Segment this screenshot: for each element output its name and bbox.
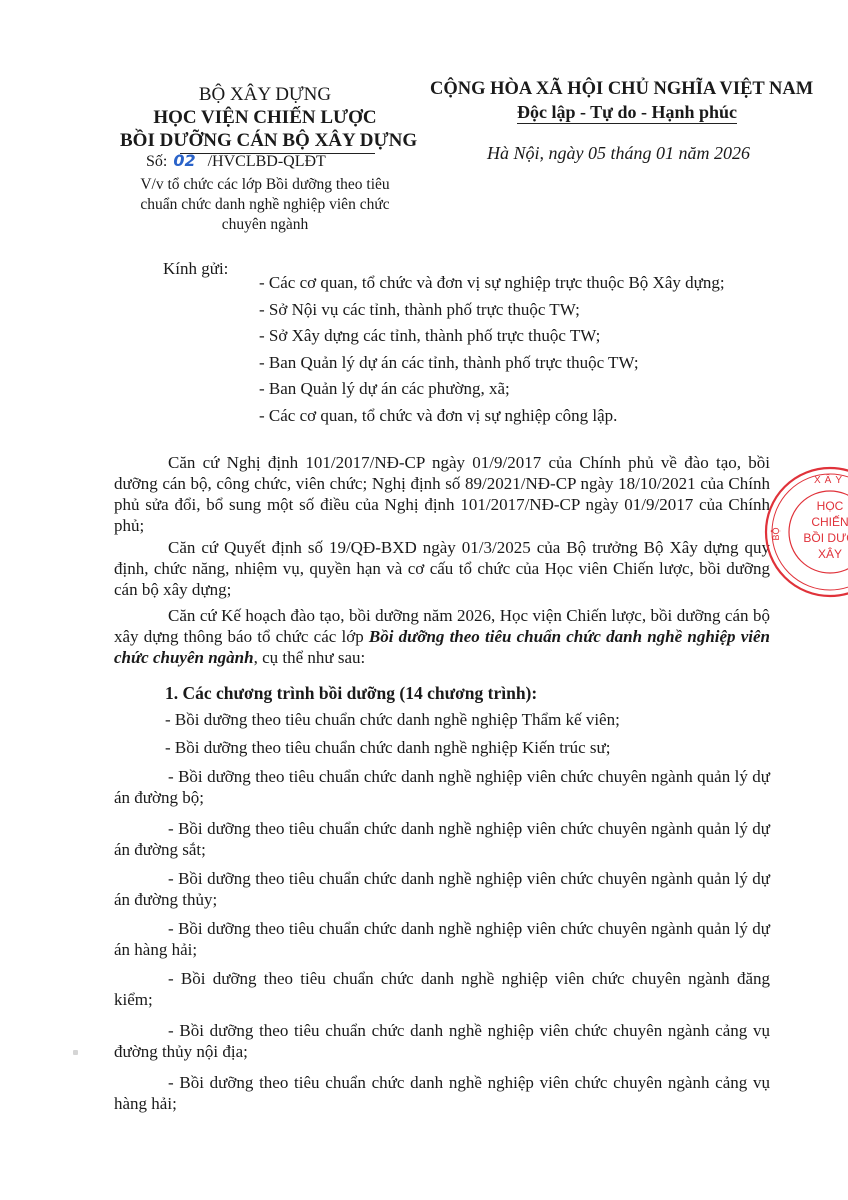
number-suffix: /HVCLBD-QLĐT [208, 153, 326, 170]
institute-name-line2: BỒI DƯỠNG CÁN BỘ XÂY DỰNG [120, 129, 417, 152]
svg-text:CHIẾN: CHIẾN [811, 514, 848, 529]
legal-basis-3: Căn cứ Kế hoạch đào tạo, bồi dưỡng năm 2… [114, 605, 770, 668]
institute-name-line1: HỌC VIỆN CHIẾN LƯỢC [120, 106, 410, 129]
program-item: - Bồi dưỡng theo tiêu chuẩn chức danh ng… [165, 710, 620, 730]
program-item: - Bồi dưỡng theo tiêu chuẩn chức danh ng… [114, 818, 770, 860]
recipient-item: - Các cơ quan, tổ chức và đơn vị sự nghi… [259, 403, 725, 430]
svg-text:XÂY: XÂY [814, 473, 846, 486]
program-item: - Bồi dưỡng theo tiêu chuẩn chức danh ng… [114, 1020, 770, 1062]
program-item: - Bồi dưỡng theo tiêu chuẩn chức danh ng… [114, 968, 770, 1010]
handwritten-number: 02 [173, 151, 195, 170]
program-item: - Bồi dưỡng theo tiêu chuẩn chức danh ng… [114, 918, 770, 960]
svg-text:HỌC: HỌC [817, 499, 844, 513]
document-subject: V/v tổ chức các lớp Bồi dưỡng theo tiêu … [120, 175, 410, 235]
svg-text:BỘ: BỘ [771, 527, 781, 540]
section-heading: 1. Các chương trình bồi dưỡng (14 chương… [165, 683, 537, 704]
svg-text:BỒI DƯỠ: BỒI DƯỠ [803, 530, 848, 545]
program-item: - Bồi dưỡng theo tiêu chuẩn chức danh ng… [114, 766, 770, 808]
document-number: Số: 02 /HVCLBD-QLĐT [146, 151, 326, 171]
program-item: - Bồi dưỡng theo tiêu chuẩn chức danh ng… [114, 868, 770, 910]
country-name: CỘNG HÒA XÃ HỘI CHỦ NGHĨA VIỆT NAM [430, 78, 810, 100]
recipient-item: - Ban Quản lý dự án các tỉnh, thành phố … [259, 350, 725, 377]
recipients-label: Kính gửi: [163, 259, 228, 279]
place-date: Hà Nội, ngày 05 tháng 01 năm 2026 [487, 143, 750, 164]
number-label: Số: [146, 153, 167, 170]
national-header: CỘNG HÒA XÃ HỘI CHỦ NGHĨA VIỆT NAM Độc l… [430, 78, 810, 124]
program-item: - Bồi dưỡng theo tiêu chuẩn chức danh ng… [114, 1072, 770, 1114]
recipient-item: - Sở Xây dựng các tỉnh, thành phố trực t… [259, 323, 725, 350]
legal-basis-1: Căn cứ Nghị định 101/2017/NĐ-CP ngày 01/… [114, 452, 770, 536]
seal-icon: HỌCCHIẾNBỒI DƯỠXÂYXÂYBỘ [760, 462, 848, 602]
recipient-item: - Sở Nội vụ các tỉnh, thành phố trực thu… [259, 297, 725, 324]
issuer-header: BỘ XÂY DỰNG HỌC VIỆN CHIẾN LƯỢC BỒI DƯỠN… [120, 84, 410, 152]
legal-basis-2: Căn cứ Quyết định số 19/QĐ-BXD ngày 01/3… [114, 537, 770, 600]
ministry-name: BỘ XÂY DỰNG [120, 84, 410, 106]
program-item: - Bồi dưỡng theo tiêu chuẩn chức danh ng… [165, 738, 610, 758]
scan-speck [73, 1050, 78, 1055]
recipients-list: - Các cơ quan, tổ chức và đơn vị sự nghi… [259, 270, 725, 429]
recipient-item: - Ban Quản lý dự án các phường, xã; [259, 376, 725, 403]
recipient-item: - Các cơ quan, tổ chức và đơn vị sự nghi… [259, 270, 725, 297]
national-motto: Độc lập - Tự do - Hạnh phúc [517, 100, 737, 124]
svg-text:XÂY: XÂY [818, 546, 842, 561]
official-seal: HỌCCHIẾNBỒI DƯỠXÂYXÂYBỘ [760, 462, 848, 602]
